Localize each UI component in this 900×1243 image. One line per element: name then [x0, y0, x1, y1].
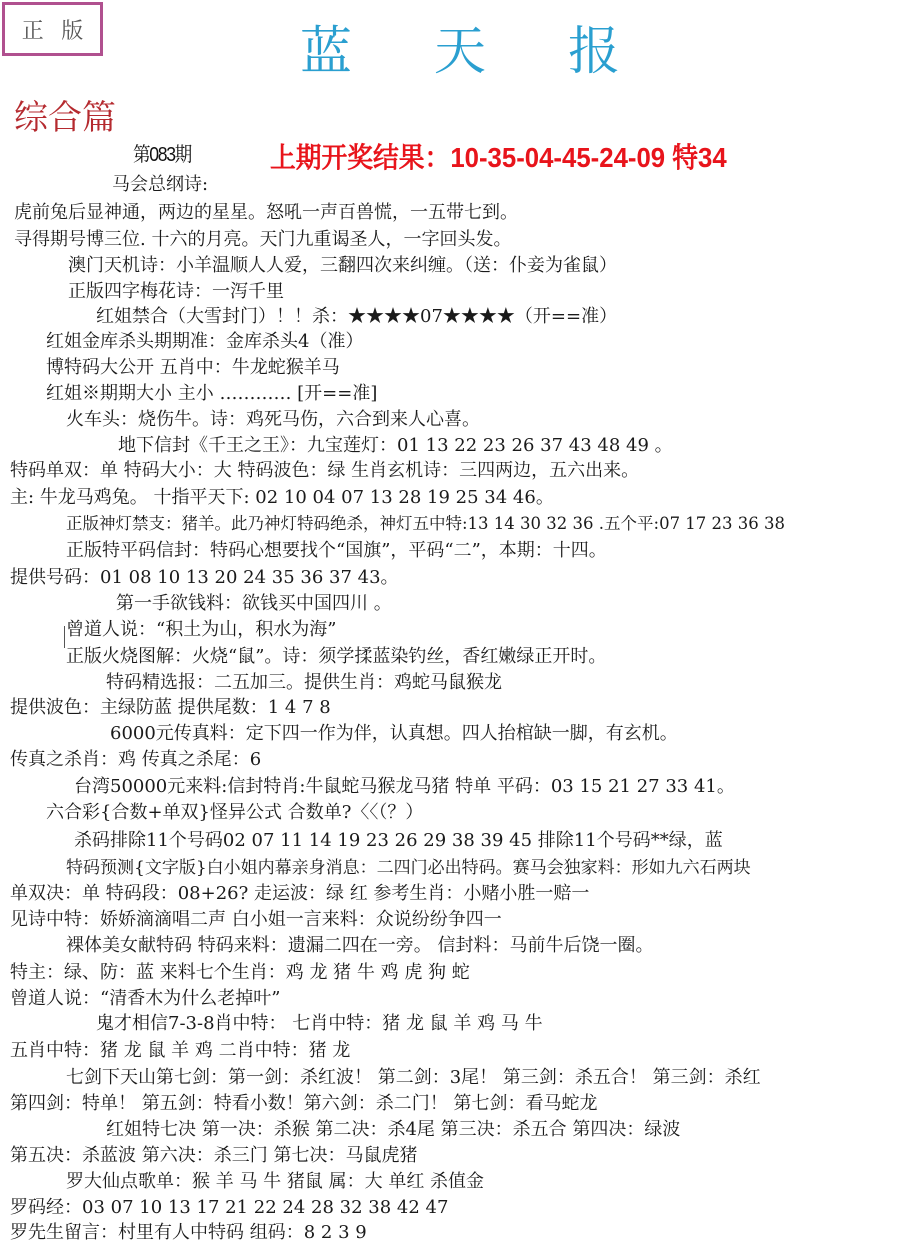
- text-line: 鬼才相信7-3-8肖中特： 七肖中特：猪 龙 鼠 羊 鸡 马 牛: [96, 1012, 543, 1036]
- text-line: 五肖中特：猪 龙 鼠 羊 鸡 二肖中特：猪 龙: [10, 1039, 350, 1063]
- text-line: 罗先生留言：村里有人中特码 组码：8 2 3 9: [10, 1221, 367, 1243]
- text-line: 红姐※期期大小 主小 ………… [开==准]: [46, 382, 377, 406]
- text-line: 杀码排除11个号码02 07 11 14 19 23 26 29 38 39 4…: [74, 829, 723, 853]
- text-line: 罗大仙点歌单：猴 羊 马 牛 猪鼠 属：大 单红 杀值金: [66, 1170, 484, 1194]
- text-line: 罗码经：03 07 10 13 17 21 22 24 28 32 38 42 …: [10, 1196, 448, 1220]
- page-title: 蓝 天 报: [300, 22, 620, 82]
- text-line: 传真之杀肖：鸡 传真之杀尾：6: [10, 748, 261, 772]
- text-line: 第五决：杀蓝波 第六决：杀三门 第七决：马鼠虎猪: [10, 1144, 417, 1168]
- text-line: 曾道人说：“积土为山，积水为海”: [66, 618, 336, 642]
- text-line: 六合彩{合数+单双}怪异公式 合数单?〈〈（？）: [46, 801, 423, 825]
- text-line: 虎前兔后显神通，两边的星星。怒吼一声百兽慌，一五带七到。: [14, 201, 518, 225]
- text-line: 单双决：单 特码段：08+26? 走运波：绿 红 参考生肖：小赌小胜一赔一: [10, 882, 589, 906]
- authentic-edition-badge: 正 版: [2, 2, 103, 56]
- text-line: 地下信封《千王之王》：九宝莲灯：01 13 22 23 26 37 43 48 …: [118, 434, 673, 458]
- issue-number: 第083期: [133, 138, 191, 167]
- text-line: 台湾50000元来料:信封特肖:牛鼠蛇马猴龙马猪 特单 平码：03 15 21 …: [74, 775, 735, 799]
- badge-char-2: 版: [61, 14, 83, 45]
- text-line: 红姐金库杀头期期准：金库杀头4（准）: [46, 330, 363, 354]
- section-heading: 综合篇: [14, 96, 116, 140]
- margin-mark: [64, 626, 65, 648]
- text-line: 正版特平码信封：特码心想要找个“国旗”，平码“二”，本期：十四。: [66, 539, 607, 563]
- text-line: 红姐禁合（大雪封门）！！杀：★★★★07★★★★（开==准）: [96, 305, 617, 329]
- text-line: 特码精选报：二五加三。提供生肖：鸡蛇马鼠猴龙: [106, 671, 502, 695]
- text-line: 澳门天机诗：小羊温顺人人爱，三翻四次来纠缠。（送：仆妾为雀鼠）: [68, 254, 617, 278]
- text-line: 特码预测{文字版}白小姐内幕亲身消息：二四门必出特码。赛马会独家料：形如九六石两…: [66, 856, 751, 880]
- last-draw-result: 上期开奖结果：10-35-04-45-24-09 特34: [270, 136, 727, 176]
- text-line: 寻得期号博三位. 十六的月亮。天门九重谒圣人，一字回头发。: [14, 228, 511, 252]
- text-line: 正版火烧图解：火烧“鼠”。诗：须学揉蓝染钓丝，香红嫩绿正开时。: [66, 645, 606, 669]
- text-line: 火车头：烧伤牛。诗：鸡死马伤，六合到来人心喜。: [66, 408, 480, 432]
- text-line: 曾道人说：“清香木为什么老掉叶”: [10, 987, 280, 1011]
- text-line: 提供波色：主绿防蓝 提供尾数：1 4 7 8: [10, 696, 331, 720]
- text-line: 正版神灯禁支：猪羊。此乃神灯特码绝杀，神灯五中特:13 14 30 32 36 …: [66, 512, 785, 536]
- text-line: 第一手欲钱料：欲钱买中国四川 。: [116, 592, 392, 616]
- text-line: 特码单双：单 特码大小：大 特码波色：绿 生肖玄机诗：三四两边，五六出来。: [10, 459, 639, 483]
- text-line: 马会总纲诗:: [112, 173, 208, 197]
- text-line: 裸体美女献特码 特码来料：遗漏二四在一旁。 信封料：马前牛后饶一圈。: [66, 934, 653, 958]
- text-line: 6000元传真料：定下四一作为伴，认真想。四人抬棺缺一脚，有玄机。: [110, 722, 678, 746]
- text-line: 红姐特七决 第一决：杀猴 第二决：杀4尾 第三决：杀五合 第四决：绿波: [106, 1118, 680, 1142]
- title-char-3: 报: [568, 22, 620, 82]
- title-char-2: 天: [434, 22, 486, 82]
- text-line: 博特码大公开 五肖中：牛龙蛇猴羊马: [46, 356, 340, 380]
- text-line: 见诗中特：娇娇滴滴唱二声 白小姐一言来料：众说纷纷争四一: [10, 908, 502, 932]
- text-line: 第四剑：特单！ 第五剑：特看小数！第六剑：杀二门！ 第七剑：看马蛇龙: [10, 1092, 597, 1116]
- text-line: 特主：绿、防：蓝 来料七个生肖：鸡 龙 猪 牛 鸡 虎 狗 蛇: [10, 961, 470, 985]
- text-line: 七剑下天山第七剑：第一剑：杀红波！ 第二剑：3尾！ 第三剑：杀五合！ 第三剑：杀…: [66, 1066, 761, 1090]
- text-line: 提供号码：01 08 10 13 20 24 35 36 37 43。: [10, 566, 399, 590]
- text-line: 主: 牛龙马鸡兔。 十指平天下: 02 10 04 07 13 28 19 25…: [10, 486, 554, 510]
- text-line: 正版四字梅花诗：一泻千里: [68, 280, 284, 304]
- badge-char-1: 正: [22, 14, 44, 45]
- title-char-1: 蓝: [300, 22, 352, 82]
